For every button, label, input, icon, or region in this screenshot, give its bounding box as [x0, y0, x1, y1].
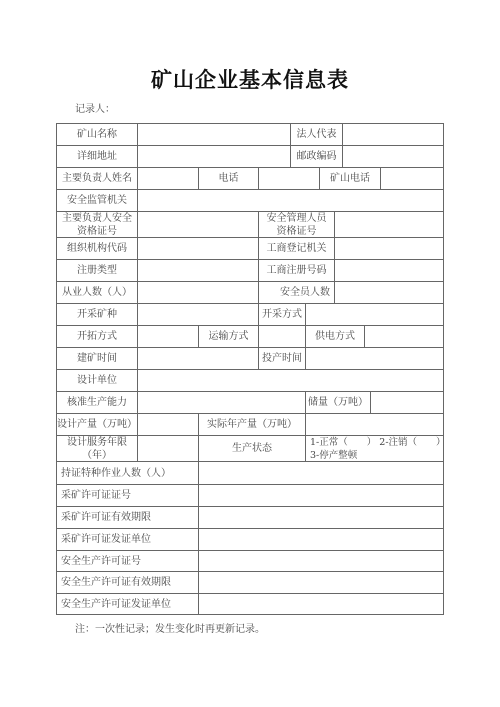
- field-reg-type[interactable]: [137, 259, 259, 282]
- field-mining-permit-issuer[interactable]: [198, 528, 444, 551]
- label-principal-name: 主要负责人姓名: [56, 167, 138, 190]
- field-safety-staff-count[interactable]: [334, 281, 444, 304]
- label-mine-name: 矿山名称: [56, 123, 138, 146]
- field-safety-staff-cert[interactable]: [334, 211, 444, 238]
- recorder-label: 记录人：: [75, 100, 115, 115]
- label-mining-permit-validity: 采矿许可证有效期限: [56, 506, 199, 529]
- field-safety-permit-no[interactable]: [198, 550, 444, 572]
- field-principal-cert[interactable]: [137, 211, 259, 238]
- field-mine-name[interactable]: [137, 123, 291, 146]
- label-principal-cert: 主要负责人安全资格证号: [56, 211, 138, 238]
- field-build-time[interactable]: [137, 347, 259, 370]
- field-mine-phone[interactable]: [380, 167, 444, 190]
- label-employees: 从业人数（人）: [56, 281, 138, 304]
- field-safety-permit-issuer[interactable]: [198, 593, 444, 615]
- field-special-workers[interactable]: [198, 461, 444, 485]
- label-safety-authority: 安全监管机关: [56, 189, 138, 212]
- footnote: 注：一次性记录；发生变化时再更新记录。: [75, 620, 265, 635]
- label-design-output: 设计产量（万吨）: [56, 413, 138, 436]
- field-mining-method[interactable]: [305, 303, 444, 326]
- label-safety-permit-issuer: 安全生产许可证发证单位: [56, 593, 199, 615]
- label-safety-permit-validity: 安全生产许可证有效期限: [56, 571, 199, 594]
- field-design-service-years[interactable]: [137, 435, 199, 462]
- field-design-unit[interactable]: [137, 369, 444, 392]
- label-legal-rep: 法人代表: [290, 123, 343, 146]
- label-mining-permit-no: 采矿许可证证号: [56, 484, 199, 507]
- label-reg-type: 注册类型: [56, 259, 138, 282]
- label-mining-permit-issuer: 采矿许可证发证单位: [56, 528, 199, 551]
- label-design-service-years: 设计服务年限（年）: [56, 435, 138, 462]
- field-phone[interactable]: [258, 167, 320, 190]
- field-approved-capacity[interactable]: [137, 391, 306, 414]
- field-development-method[interactable]: [137, 325, 199, 348]
- field-production-time[interactable]: [305, 347, 444, 370]
- label-reserves: 储量（万吨）: [305, 391, 371, 414]
- label-safety-permit-no: 安全生产许可证号: [56, 550, 199, 572]
- label-special-workers: 持证特种作业人数（人）: [56, 461, 199, 485]
- field-biz-reg-no[interactable]: [334, 259, 444, 282]
- label-mineral: 开采矿种: [56, 303, 138, 326]
- field-employees[interactable]: [137, 281, 259, 304]
- field-biz-reg-authority[interactable]: [334, 237, 444, 260]
- field-power-method[interactable]: [364, 325, 444, 348]
- field-transport-method[interactable]: [258, 325, 306, 348]
- label-phone: 电话: [198, 167, 259, 190]
- field-principal-name[interactable]: [137, 167, 199, 190]
- label-production-status: 生产状态: [198, 435, 306, 462]
- label-mine-phone: 矿山电话: [319, 167, 381, 190]
- label-biz-reg-authority: 工商登记机关: [258, 237, 335, 260]
- label-safety-staff-count: 安全员人数: [258, 281, 335, 304]
- field-safety-permit-validity[interactable]: [198, 571, 444, 594]
- label-address: 详细地址: [56, 145, 138, 168]
- label-production-time: 投产时间: [258, 347, 306, 370]
- page-title: 矿山企业基本信息表: [0, 64, 500, 94]
- label-actual-output: 实际年产量（万吨）: [198, 413, 306, 436]
- label-mining-method: 开采方式: [258, 303, 306, 326]
- label-approved-capacity: 核准生产能力: [56, 391, 138, 414]
- label-transport-method: 运输方式: [198, 325, 259, 348]
- field-actual-output[interactable]: [305, 413, 444, 436]
- label-safety-staff-cert: 安全管理人员资格证号: [258, 211, 335, 238]
- field-legal-rep[interactable]: [342, 123, 444, 146]
- label-biz-reg-no: 工商注册号码: [258, 259, 335, 282]
- field-address[interactable]: [137, 145, 291, 168]
- field-mining-permit-no[interactable]: [198, 484, 444, 507]
- field-safety-authority[interactable]: [137, 189, 444, 212]
- field-reserves[interactable]: [370, 391, 444, 414]
- label-power-method: 供电方式: [305, 325, 365, 348]
- label-postal-code: 邮政编码: [290, 145, 343, 168]
- field-postal-code[interactable]: [342, 145, 444, 168]
- field-mining-permit-validity[interactable]: [198, 506, 444, 529]
- field-org-code[interactable]: [137, 237, 259, 260]
- label-build-time: 建矿时间: [56, 347, 138, 370]
- production-status-options[interactable]: 1-正常（ ） 2-注销（ ）3-停产整顿: [305, 435, 444, 462]
- label-org-code: 组织机构代码: [56, 237, 138, 260]
- label-design-unit: 设计单位: [56, 369, 138, 392]
- field-mineral[interactable]: [137, 303, 259, 326]
- field-design-output[interactable]: [137, 413, 199, 436]
- label-development-method: 开拓方式: [56, 325, 138, 348]
